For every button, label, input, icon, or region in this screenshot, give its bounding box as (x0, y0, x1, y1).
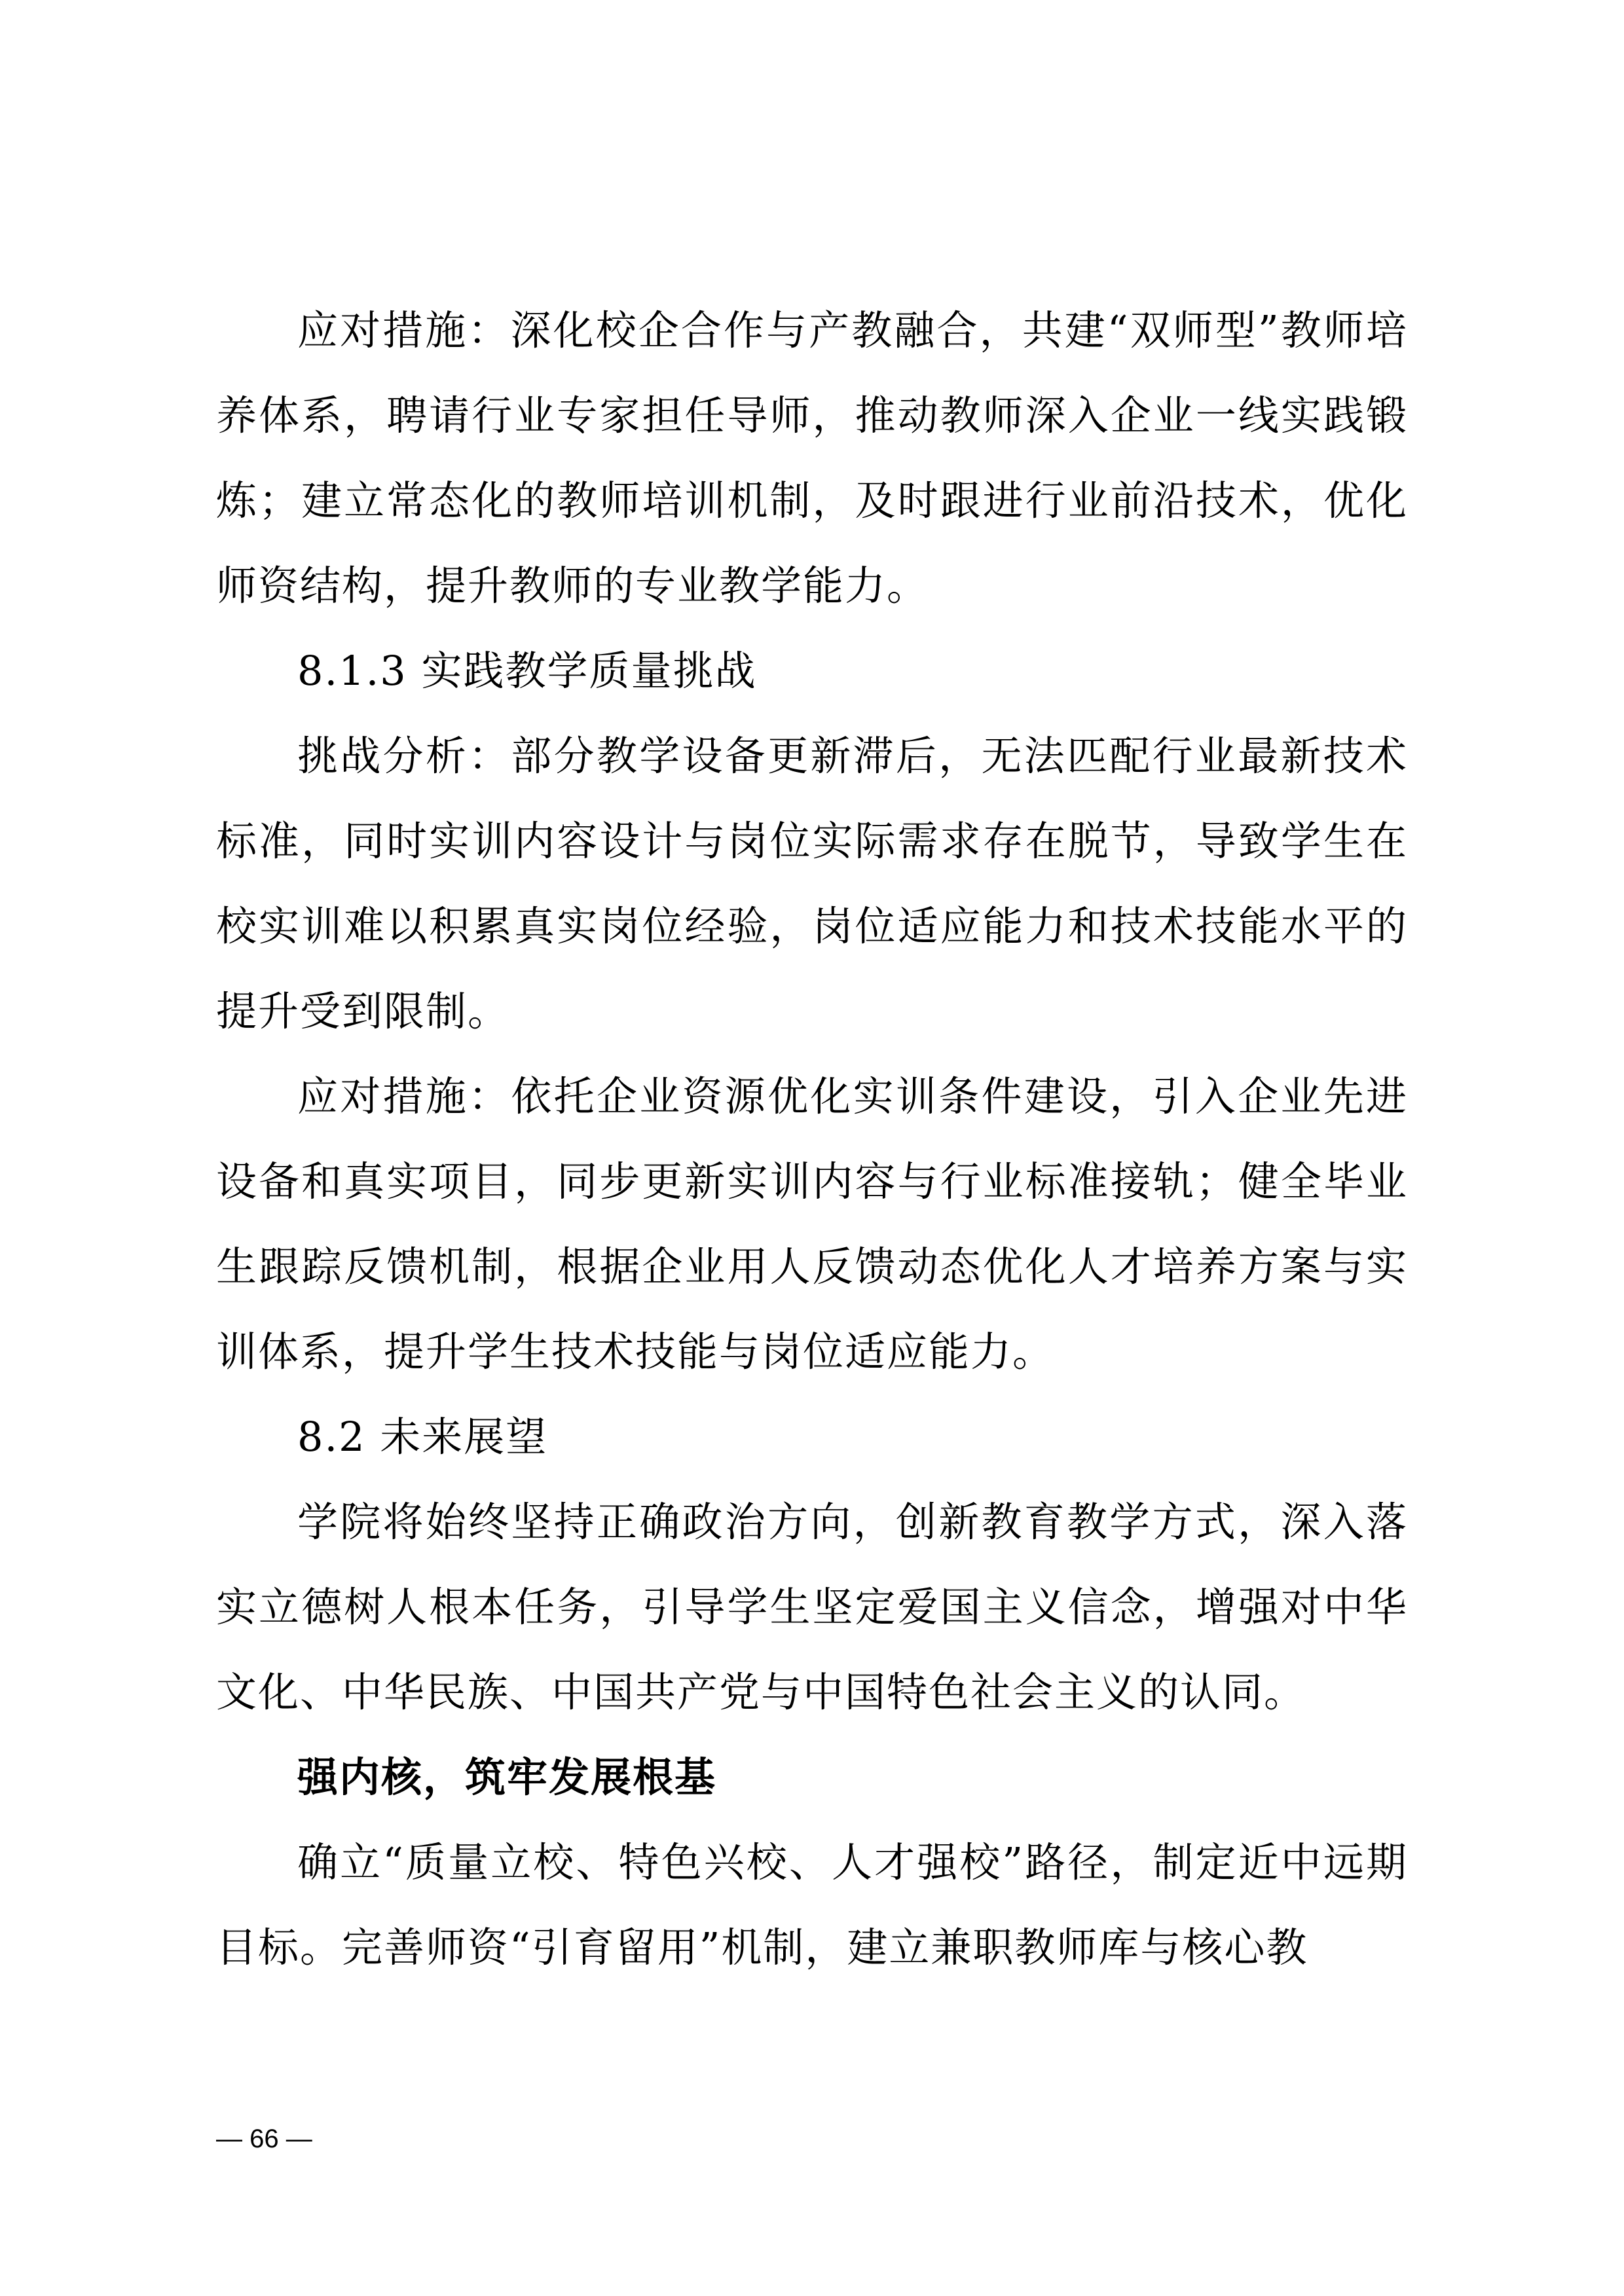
paragraph-countermeasures-teachers: 应对措施：深化校企合作与产教融合，共建“双师型”教师培养体系，聘请行业专家担任导… (216, 288, 1408, 629)
paragraph-challenge-analysis: 挑战分析：部分教学设备更新滞后，无法匹配行业最新技术标准，同时实训内容设计与岗位… (216, 714, 1408, 1054)
section-heading-8-2: 8.2 未来展望 (216, 1394, 1408, 1480)
page-number: — 66 — (216, 2124, 312, 2154)
paragraph-quality-path: 确立“质量立校、特色兴校、人才强校”路径，制定近中远期目标。完善师资“引育留用”… (216, 1820, 1408, 1990)
paragraph-countermeasures-practice: 应对措施：依托企业资源优化实训条件建设，引入企业先进设备和真实项目，同步更新实训… (216, 1054, 1408, 1394)
document-page: 应对措施：深化校企合作与产教融合，共建“双师型”教师培养体系，聘请行业专家担任导… (216, 288, 1408, 1990)
subheading-strengthen-core: 强内核，筑牢发展根基 (216, 1735, 1408, 1820)
paragraph-future-outlook: 学院将始终坚持正确政治方向，创新教育教学方式，深入落实立德树人根本任务，引导学生… (216, 1480, 1408, 1735)
section-heading-8-1-3: 8.1.3 实践教学质量挑战 (216, 629, 1408, 714)
